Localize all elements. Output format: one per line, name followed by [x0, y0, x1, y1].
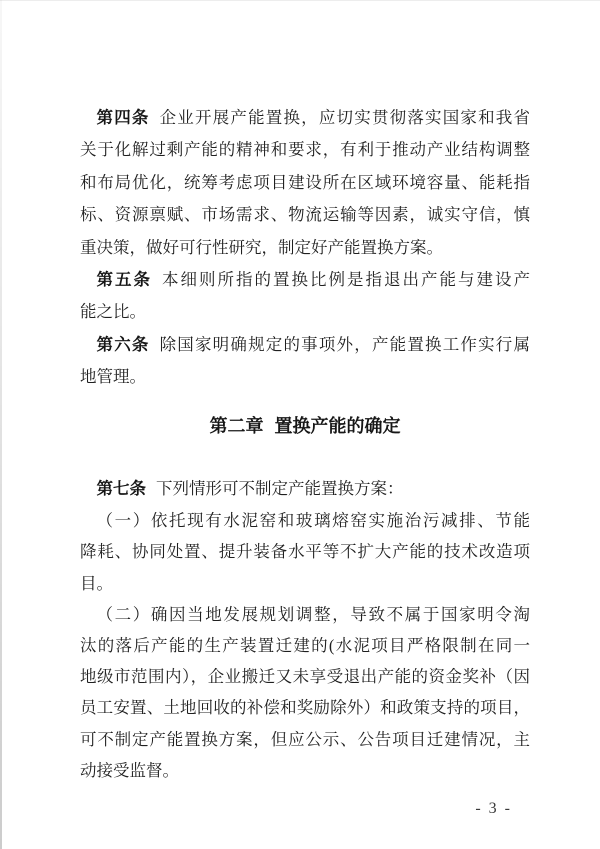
list-item-paragraph-1: （一）依托现有水泥窑和玻璃熔窑实施治污减排、节能 降耗、协同处置、提升装备水平等…	[80, 505, 530, 599]
text-line: （二）确因当地发展规划调整，导致不属于国家明令淘	[80, 599, 530, 630]
chapter-heading: 第二章置换产能的确定	[80, 410, 530, 442]
text-line: 动接受监督。	[80, 755, 530, 786]
text-line: 标、资源禀赋、市场需求、物流运输等因素，诚实守信，慎	[80, 199, 530, 231]
text-line: 目。	[80, 568, 530, 599]
article-paragraph-4: 第四条企业开展产能置换，应切实贯彻落实国家和我省 关于化解过剩产能的精神和要求，…	[80, 102, 530, 264]
text-line-content: 企业开展产能置换，应切实贯彻落实国家和我省	[160, 108, 530, 127]
page-number: - 3 -	[475, 800, 512, 818]
text-line: 关于化解过剩产能的精神和要求，有利于推动产业结构调整	[80, 134, 530, 166]
document-content: 第四条企业开展产能置换，应切实贯彻落实国家和我省 关于化解过剩产能的精神和要求，…	[80, 0, 530, 786]
text-line: 能之比。	[80, 296, 530, 328]
article-paragraph-5: 第五条本细则所指的置换比例是指退出产能与建设产 能之比。	[80, 264, 530, 329]
article-label: 第六条	[97, 336, 150, 354]
chapter-number: 第二章	[210, 416, 264, 436]
text-line-content: 除国家明确规定的事项外，产能置换工作实行属	[160, 335, 530, 354]
text-line: 可不制定产能置换方案，但应公示、公告项目迁建情况，主	[80, 724, 530, 755]
text-line: 第五条本细则所指的置换比例是指退出产能与建设产	[80, 264, 530, 296]
text-line: 重决策，做好可行性研究，制定好产能置换方案。	[80, 232, 530, 264]
text-line-content: 下列情形可不制定产能置换方案：	[156, 479, 404, 498]
text-line: 第七条下列情形可不制定产能置换方案：	[80, 473, 530, 505]
text-line: 地管理。	[80, 361, 530, 393]
article-label: 第七条	[97, 480, 147, 498]
text-line: 第六条除国家明确规定的事项外，产能置换工作实行属	[80, 329, 530, 361]
text-line: 第四条企业开展产能置换，应切实贯彻落实国家和我省	[80, 102, 530, 134]
list-item-paragraph-2: （二）确因当地发展规划调整，导致不属于国家明令淘 汰的落后产能的生产装置迁建的(…	[80, 599, 530, 786]
text-line: 降耗、协同处置、提升装备水平等不扩大产能的技术改造项	[80, 536, 530, 567]
article-paragraph-6: 第六条除国家明确规定的事项外，产能置换工作实行属 地管理。	[80, 329, 530, 394]
scan-left-edge-artifact	[0, 0, 2, 849]
text-line: 汰的落后产能的生产装置迁建的(水泥项目严格限制在同一	[80, 630, 530, 661]
text-line-content: 本细则所指的置换比例是指退出产能与建设产	[162, 270, 530, 289]
document-section-1: 第四条企业开展产能置换，应切实贯彻落实国家和我省 关于化解过剩产能的精神和要求，…	[80, 102, 530, 394]
chapter-title: 置换产能的确定	[275, 416, 401, 436]
text-line: （一）依托现有水泥窑和玻璃熔窑实施治污减排、节能	[80, 505, 530, 536]
text-line: 员工安置、土地回收的补偿和奖励除外）和政策支持的项目，	[80, 692, 530, 723]
article-label: 第五条	[97, 271, 153, 289]
scanned-document-page: 第四条企业开展产能置换，应切实贯彻落实国家和我省 关于化解过剩产能的精神和要求，…	[0, 0, 600, 849]
text-line: 和布局优化，统筹考虑项目建设所在区域环境容量、能耗指	[80, 167, 530, 199]
article-paragraph-7: 第七条下列情形可不制定产能置换方案：	[80, 473, 530, 505]
article-label: 第四条	[97, 109, 150, 127]
document-section-2: 第七条下列情形可不制定产能置换方案： （一）依托现有水泥窑和玻璃熔窑实施治污减排…	[80, 473, 530, 786]
text-line: 地级市范围内），企业搬迁又未享受退出产能的资金奖补（因	[80, 661, 530, 692]
